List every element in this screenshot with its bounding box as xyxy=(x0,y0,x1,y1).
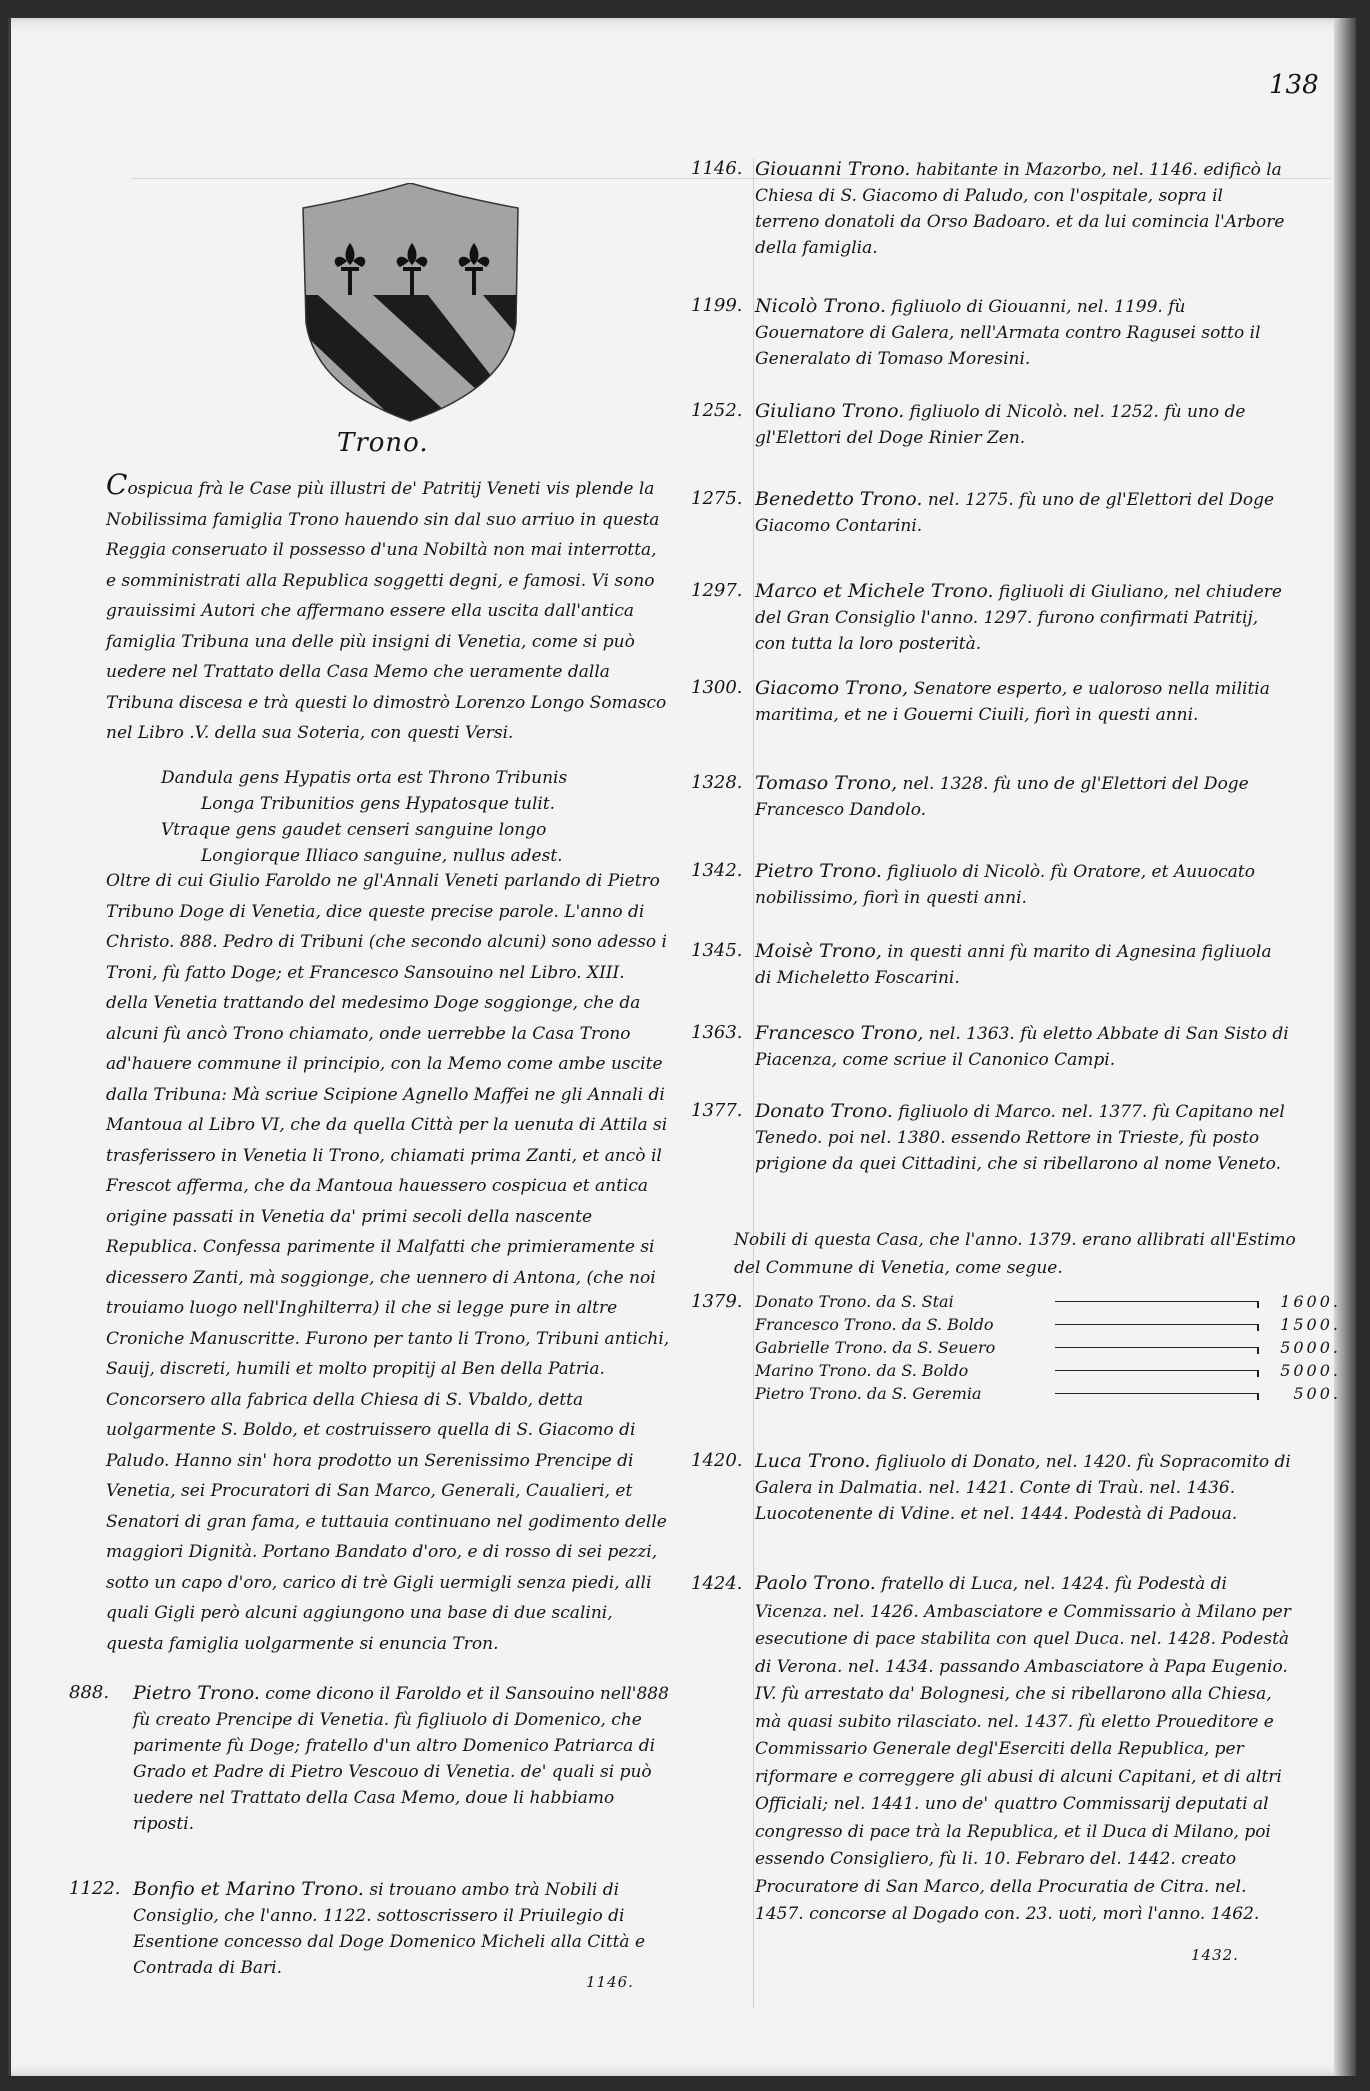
genealogy-entry: 1275.Benedetto Trono. nel. 1275. fù uno … xyxy=(691,486,1291,539)
entry-year: 1122. xyxy=(69,1876,133,1981)
leader-line xyxy=(1055,1347,1257,1348)
intro-text: ospicua frà le Case più illustri de' Pat… xyxy=(106,479,666,743)
estimo-row: 1379.Donato Trono. da S. Stai1600. xyxy=(691,1290,1341,1313)
family-name-heading: Trono. xyxy=(337,428,429,458)
entry-name: Giuliano Trono. xyxy=(755,400,904,422)
genealogy-entry: 1328.Tomaso Trono, nel. 1328. fù uno de … xyxy=(691,770,1291,823)
entry-name: Marco et Michele Trono. xyxy=(755,580,994,602)
entry-name: Bonfio et Marino Trono. xyxy=(133,1878,364,1900)
entry-year: 1424. xyxy=(691,1570,755,1929)
genealogy-entry: 1377.Donato Trono. figliuolo di Marco. n… xyxy=(691,1098,1291,1177)
entry-year: 1342. xyxy=(691,858,755,911)
genealogy-entry: 1252.Giuliano Trono. figliuolo di Nicolò… xyxy=(691,398,1291,451)
leader-line xyxy=(1055,1393,1257,1394)
entry-name: Giacomo Trono, xyxy=(755,677,908,699)
entry-year: 1420. xyxy=(691,1448,755,1527)
entry-name: Giouanni Trono. xyxy=(755,158,910,180)
estimo-value: 5000. xyxy=(1271,1338,1341,1357)
entry-year: 1300. xyxy=(691,675,755,728)
entry-year: 1199. xyxy=(691,293,755,372)
genealogy-entry: 1122. Bonfio et Marino Trono. si trouano… xyxy=(69,1876,669,1981)
estimo-row: Pietro Trono. da S. Geremia500. xyxy=(691,1382,1341,1405)
entry-year: 1345. xyxy=(691,938,755,991)
entry-name: Francesco Trono, xyxy=(755,1022,924,1044)
entry-name: Paolo Trono. xyxy=(755,1572,876,1594)
estimo-value: 5000. xyxy=(1271,1361,1341,1380)
verse-line: Vtraque gens gaudet censeri sanguine lon… xyxy=(161,817,681,843)
leader-line xyxy=(1055,1301,1257,1302)
entry-text: come dicono il Faroldo et il Sansouino n… xyxy=(133,1684,669,1834)
manuscript-page: 138 Trono. Cospicua frà le Case più illu… xyxy=(8,18,1356,2076)
intro-paragraph: Cospicua frà le Case più illustri de' Pa… xyxy=(106,470,671,749)
entry-year: 1275. xyxy=(691,486,755,539)
estimo-value: 500. xyxy=(1271,1384,1341,1403)
genealogy-entry: 1297.Marco et Michele Trono. figliuoli d… xyxy=(691,578,1291,657)
genealogy-entry: 1146.Giouanni Trono. habitante in Mazorb… xyxy=(691,156,1291,261)
estimo-table: 1379.Donato Trono. da S. Stai1600. Franc… xyxy=(691,1290,1341,1405)
estimo-row: Francesco Trono. da S. Boldo1500. xyxy=(691,1313,1341,1336)
latin-verse: Dandula gens Hypatis orta est Throno Tri… xyxy=(161,765,681,869)
estimo-heading: Nobili di questa Casa, che l'anno. 1379.… xyxy=(734,1226,1324,1282)
entry-year: 1252. xyxy=(691,398,755,451)
entry-year: 1328. xyxy=(691,770,755,823)
leader-line xyxy=(1055,1324,1257,1325)
leader-line xyxy=(1055,1370,1257,1371)
entry-name: Pietro Trono. xyxy=(133,1682,260,1704)
entry-year: 1297. xyxy=(691,578,755,657)
entry-name: Benedetto Trono. xyxy=(755,488,922,510)
verse-line: Longa Tribunitios gens Hypatosque tulit. xyxy=(161,791,681,817)
entry-name: Tomaso Trono, xyxy=(755,772,897,794)
estimo-row: Marino Trono. da S. Boldo5000. xyxy=(691,1359,1341,1382)
estimo-name: Francesco Trono. da S. Boldo xyxy=(755,1315,1055,1334)
entry-name: Moisè Trono, xyxy=(755,940,882,962)
entry-year: 1377. xyxy=(691,1098,755,1177)
estimo-value: 1600. xyxy=(1271,1292,1341,1311)
estimo-year: 1379. xyxy=(691,1291,755,1312)
entry-name: Luca Trono. xyxy=(755,1450,870,1472)
estimo-name: Marino Trono. da S. Boldo xyxy=(755,1361,1055,1380)
genealogy-entry: 888. Pietro Trono. come dicono il Farold… xyxy=(69,1680,669,1837)
entry-year: 888. xyxy=(69,1680,133,1837)
catchword-right: 1432. xyxy=(1191,1946,1239,1964)
estimo-name: Donato Trono. da S. Stai xyxy=(755,1292,1055,1311)
estimo-name: Pietro Trono. da S. Geremia xyxy=(755,1384,1055,1403)
genealogy-entry: 1363.Francesco Trono, nel. 1363. fù elet… xyxy=(691,1020,1291,1073)
continuation-paragraph: Oltre di cui Giulio Faroldo ne gl'Annali… xyxy=(106,866,671,1659)
entry-name: Nicolò Trono. xyxy=(755,295,886,317)
catchword-left: 1146. xyxy=(586,1973,634,1991)
estimo-row: Gabrielle Trono. da S. Seuero5000. xyxy=(691,1336,1341,1359)
entry-name: Pietro Trono. xyxy=(755,860,882,882)
genealogy-entry: 1345.Moisè Trono, in questi anni fù mari… xyxy=(691,938,1291,991)
coat-of-arms-icon xyxy=(298,183,523,423)
folio-number: 138 xyxy=(1269,70,1319,100)
entry-text: fratello di Luca, nel. 1424. fù Podestà … xyxy=(755,1574,1291,1924)
entry-year: 1363. xyxy=(691,1020,755,1073)
entry-year: 1146. xyxy=(691,156,755,261)
genealogy-entry: 1199.Nicolò Trono. figliuolo di Giouanni… xyxy=(691,293,1291,372)
entry-name: Donato Trono. xyxy=(755,1100,893,1122)
estimo-name: Gabrielle Trono. da S. Seuero xyxy=(755,1338,1055,1357)
genealogy-entry: 1420.Luca Trono. figliuolo di Donato, ne… xyxy=(691,1448,1291,1527)
verse-line: Dandula gens Hypatis orta est Throno Tri… xyxy=(161,765,681,791)
drop-cap: C xyxy=(106,468,127,501)
estimo-value: 1500. xyxy=(1271,1315,1341,1334)
binding-spine xyxy=(1334,18,1356,2076)
genealogy-entry: 1300.Giacomo Trono, Senatore esperto, e … xyxy=(691,675,1291,728)
genealogy-entry: 1424.Paolo Trono. fratello di Luca, nel.… xyxy=(691,1570,1291,1929)
genealogy-entry: 1342.Pietro Trono. figliuolo di Nicolò. … xyxy=(691,858,1291,911)
